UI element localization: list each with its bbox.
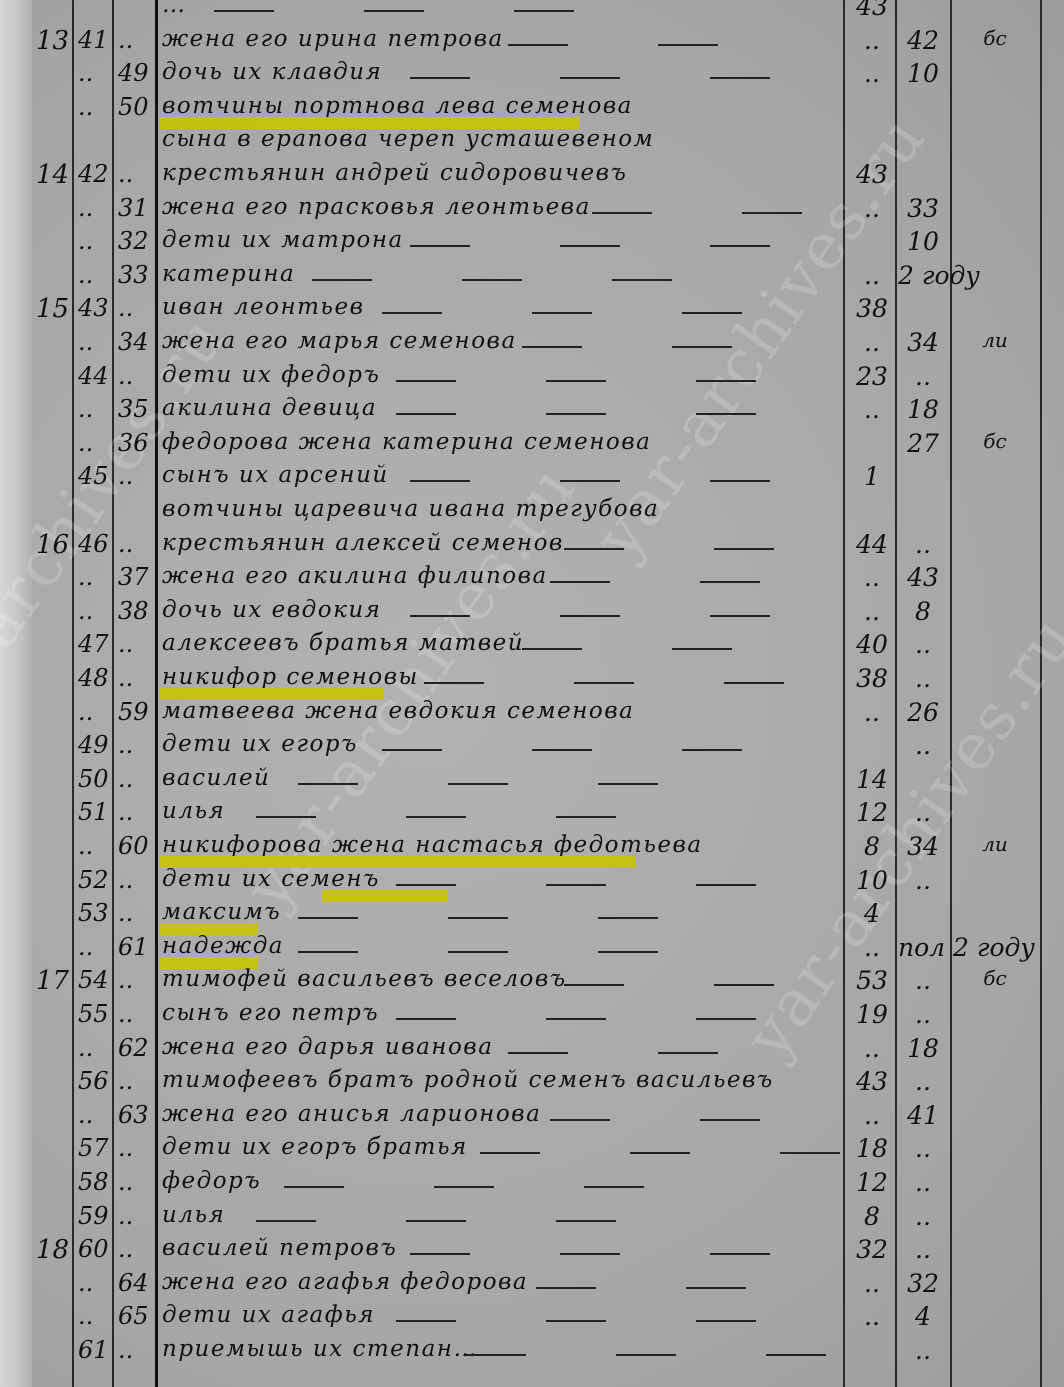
male-age: 32 [848,1235,896,1264]
filler-dash [410,245,470,247]
female-entry-number: 63 [118,1101,158,1129]
female-age: 42 [898,26,948,55]
household-number: 17 [36,966,76,996]
filler-dash [410,480,470,482]
male-entry-number: .. [78,59,122,87]
entry-text: жена его дарья иванова [162,1034,842,1060]
male-age: .. [848,563,896,592]
filler-dash [448,783,508,785]
female-entry-number: .. [118,664,158,692]
filler-dash [480,1152,540,1154]
female-entry-number: 64 [118,1269,158,1297]
census-row: 1860..василей петровъ32.. [0,1235,1064,1268]
male-entry-number: 49 [78,731,122,759]
male-entry-number: 44 [78,362,122,390]
filler-dash [710,615,770,617]
document-page: yar-archives.ru yar-archives.ru yar-arch… [0,0,1064,1387]
census-row: ..59матвеева жена евдокия семенова..26 [0,698,1064,731]
male-entry-number: 56 [78,1067,122,1095]
female-entry-number: 37 [118,563,158,591]
male-entry-number: .. [78,1034,122,1062]
male-age: 38 [848,294,896,323]
census-row: 1543..иван леонтьев38 [0,294,1064,327]
male-entry-number: 53 [78,899,122,927]
census-row: сына в ерапова череп усташевеном [0,126,1064,159]
filler-dash [546,884,606,886]
census-row: ..61надежда..пол 2 году [0,933,1064,966]
filler-dash [560,480,620,482]
entry-text: никифорова жена настасья федотьева [162,832,842,858]
entry-text: федоръ [162,1168,842,1194]
female-entry-number: 38 [118,597,158,625]
female-age: 10 [898,59,948,88]
entry-text: илья [162,1202,842,1228]
filler-dash [312,279,372,281]
entry-text: максимъ [162,899,842,925]
female-entry-number: .. [118,798,158,826]
female-entry-number: .. [118,1336,158,1364]
male-entry-number: 52 [78,866,122,894]
entry-text: тимофей васильевъ веселовъ [162,966,842,992]
census-row: 49..дети их егоръ.. [0,731,1064,764]
census-row: ..36федорова жена катерина семенова27бс [0,429,1064,462]
filler-dash [682,749,742,751]
filler-dash [696,380,756,382]
female-entry-number: .. [118,462,158,490]
entry-text: вотчины царевича ивана трегубова [162,496,842,522]
filler-dash [256,1220,316,1222]
male-age: 12 [848,1168,896,1197]
male-age: 4 [848,899,896,928]
female-age: 34 [898,328,948,357]
filler-dash [710,245,770,247]
census-row: 61..приемышь их степан….. [0,1336,1064,1369]
filler-dash [556,816,616,818]
entry-text: вотчины портнова лева семенова [162,93,842,119]
filler-dash [284,1186,344,1188]
census-row: ..50вотчины портнова лева семенова [0,93,1064,126]
filler-dash [532,749,592,751]
filler-dash [298,783,358,785]
male-entry-number: .. [78,832,122,860]
entry-text: никифор семеновы [162,664,842,690]
female-age: 4 [898,1302,948,1331]
male-age: 12 [848,798,896,827]
filler-dash [710,1253,770,1255]
female-age: 41 [898,1101,948,1130]
filler-dash [364,10,424,12]
filler-dash [536,1287,596,1289]
census-row: ..64жена его агафья федорова..32 [0,1269,1064,1302]
entry-text: иван леонтьев [162,294,842,320]
entry-text: федорова жена катерина семенова [162,429,842,455]
entry-text: … [162,0,842,18]
entry-text: жена его марья семенова [162,328,842,354]
filler-dash [424,682,484,684]
filler-dash [766,1354,826,1356]
census-row: 53..максимъ4 [0,899,1064,932]
filler-dash [564,984,624,986]
female-age: .. [898,530,948,559]
female-age: .. [898,1202,948,1231]
filler-dash [584,1186,644,1188]
female-age: 27 [898,429,948,458]
census-row: 56..тимофеевъ братъ родной семенъ василь… [0,1067,1064,1100]
entry-text: дочь их клавдия [162,59,842,85]
entry-text: алексеевъ братья матвей [162,630,842,656]
female-age: .. [898,1336,948,1365]
entry-note: ли [960,328,1030,352]
filler-dash [462,279,522,281]
male-entry-number: 61 [78,1336,122,1364]
male-entry-number: .. [78,1302,122,1330]
entry-text: василей петровъ [162,1235,842,1261]
female-entry-number: .. [118,1235,158,1263]
entry-text: василей [162,765,842,791]
female-age: .. [898,630,948,659]
female-entry-number: .. [118,731,158,759]
filler-dash [508,1052,568,1054]
entry-text: приемышь их степан… [162,1336,842,1362]
census-row: 44..дети их федоръ23.. [0,362,1064,395]
male-age: 1 [848,462,896,491]
filler-dash [410,77,470,79]
female-entry-number: 50 [118,93,158,121]
male-age: .. [848,1101,896,1130]
female-age: .. [898,362,948,391]
entry-text: сынъ их арсений [162,462,842,488]
household-number: 16 [36,530,76,560]
census-row: ..62жена его дарья иванова..18 [0,1034,1064,1067]
census-row: ..34жена его марья семенова..34ли [0,328,1064,361]
filler-dash [672,346,732,348]
male-entry-number: .. [78,698,122,726]
filler-dash [546,1018,606,1020]
filler-dash [630,1152,690,1154]
female-age: 43 [898,563,948,592]
female-age: .. [898,664,948,693]
filler-dash [574,682,634,684]
filler-dash [560,1253,620,1255]
entry-text: надежда [162,933,842,959]
male-age: .. [848,261,896,290]
filler-dash [410,615,470,617]
male-entry-number: 47 [78,630,122,658]
census-row: 1646..крестьянин алексей семенов44.. [0,530,1064,563]
filler-dash [724,682,784,684]
filler-dash [546,380,606,382]
female-entry-number: .. [118,530,158,558]
census-row: 52..дети их семенъ10.. [0,866,1064,899]
male-age: .. [848,328,896,357]
filler-dash [382,312,442,314]
entry-text: акилина девица [162,395,842,421]
filler-dash [508,44,568,46]
female-age: 18 [898,1034,948,1063]
female-entry-number: .. [118,294,158,322]
male-entry-number: .. [78,429,122,457]
filler-dash [658,1052,718,1054]
female-entry-number: .. [118,866,158,894]
female-entry-number: .. [118,966,158,994]
census-row: 1754..тимофей васильевъ веселовъ53..бс [0,966,1064,999]
filler-dash [522,648,582,650]
filler-dash [696,884,756,886]
census-row: 45..сынъ их арсений1 [0,462,1064,495]
male-entry-number: .. [78,1101,122,1129]
census-row: 1442..крестьянин андрей сидоровичевъ43 [0,160,1064,193]
census-row: ..31жена его прасковья леонтьева..33 [0,194,1064,227]
entry-note: бс [960,966,1030,990]
filler-dash [410,1253,470,1255]
female-age: .. [898,1235,948,1264]
male-entry-number: .. [78,563,122,591]
female-entry-number: 32 [118,227,158,255]
male-age: 38 [848,664,896,693]
filler-dash [406,1220,466,1222]
household-number: 14 [36,160,76,190]
filler-dash [396,1320,456,1322]
female-entry-number: .. [118,630,158,658]
filler-dash [616,1354,676,1356]
female-age: 18 [898,395,948,424]
male-age: .. [848,933,896,962]
filler-dash [564,548,624,550]
filler-dash [612,279,672,281]
male-entry-number: 55 [78,1000,122,1028]
filler-dash [700,581,760,583]
filler-dash [514,10,574,12]
entry-note: бс [960,429,1030,453]
male-age: 10 [848,866,896,895]
entry-text: дети их федоръ [162,362,842,388]
filler-dash [710,480,770,482]
filler-dash [256,816,316,818]
census-row: ..35акилина девица..18 [0,395,1064,428]
female-entry-number: .. [118,160,158,188]
filler-dash [560,77,620,79]
filler-dash [550,1119,610,1121]
male-entry-number: 54 [78,966,122,994]
female-age: .. [898,1134,948,1163]
female-entry-number: 36 [118,429,158,457]
entry-note: ли [960,832,1030,856]
entry-text: илья [162,798,842,824]
female-entry-number: 62 [118,1034,158,1062]
male-entry-number: 45 [78,462,122,490]
filler-dash [298,917,358,919]
filler-dash [214,10,274,12]
entry-text: дети их егоръ [162,731,842,757]
filler-dash [532,312,592,314]
filler-dash [382,749,442,751]
female-entry-number: 49 [118,59,158,87]
male-entry-number: 51 [78,798,122,826]
entry-text: дочь их евдокия [162,597,842,623]
female-entry-number: .. [118,1067,158,1095]
entry-text: тимофеевъ братъ родной семенъ васильевъ [162,1067,842,1093]
male-entry-number: .. [78,194,122,222]
filler-dash [598,917,658,919]
entry-text: сына в ерапова череп усташевеном [162,126,842,152]
male-age: 40 [848,630,896,659]
female-age: 2 году [898,261,948,290]
male-age: .. [848,1034,896,1063]
entry-text: дети их матрона [162,227,842,253]
male-entry-number: .. [78,93,122,121]
male-age: .. [848,26,896,55]
census-row: ..33катерина..2 году [0,261,1064,294]
female-age: 33 [898,194,948,223]
female-entry-number: 34 [118,328,158,356]
female-age: .. [898,731,948,760]
entry-text: дети их семенъ [162,866,842,892]
filler-dash [522,346,582,348]
entry-text: крестьянин алексей семенов [162,530,842,556]
filler-dash [546,1320,606,1322]
male-entry-number: .. [78,597,122,625]
filler-dash [598,783,658,785]
filler-dash [780,1152,840,1154]
filler-dash [742,212,802,214]
filler-dash [406,816,466,818]
female-age: 34 [898,832,948,861]
filler-dash [592,212,652,214]
entry-text: жена его анисья ларионова [162,1101,842,1127]
entry-note: бс [960,26,1030,50]
female-age: 26 [898,698,948,727]
census-row: …43 [0,0,1064,25]
entry-text: дети их егоръ братья [162,1134,842,1160]
entry-text: жена его ирина петрова [162,26,842,52]
female-entry-number: .. [118,1000,158,1028]
filler-dash [710,77,770,79]
male-entry-number: .. [78,1269,122,1297]
female-age: пол 2 году [898,933,948,962]
male-age: .. [848,395,896,424]
filler-dash [396,380,456,382]
male-entry-number: 46 [78,530,122,558]
male-age: .. [848,698,896,727]
entry-text: крестьянин андрей сидоровичевъ [162,160,842,186]
male-age: 53 [848,966,896,995]
female-entry-number: .. [118,1134,158,1162]
female-entry-number: 33 [118,261,158,289]
female-entry-number: .. [118,899,158,927]
female-age: 32 [898,1269,948,1298]
male-entry-number: 43 [78,294,122,322]
census-row: 57..дети их егоръ братья18.. [0,1134,1064,1167]
male-age: 43 [848,1067,896,1096]
male-age: .. [848,194,896,223]
census-row: вотчины царевича ивана трегубова [0,496,1064,529]
filler-dash [560,615,620,617]
filler-dash [696,1320,756,1322]
household-number: 13 [36,26,76,56]
entry-text: катерина [162,261,842,287]
female-entry-number: .. [118,362,158,390]
male-age: .. [848,1269,896,1298]
entry-text: жена его акилина филипова [162,563,842,589]
filler-dash [396,1018,456,1020]
filler-dash [556,1220,616,1222]
female-entry-number: 31 [118,194,158,222]
filler-dash [560,245,620,247]
census-row: 51..илья12.. [0,798,1064,831]
male-age: 8 [848,1202,896,1231]
male-entry-number: 60 [78,1235,122,1263]
filler-dash [434,1186,494,1188]
filler-dash [550,581,610,583]
female-age: .. [898,1067,948,1096]
male-age: .. [848,59,896,88]
household-number: 18 [36,1235,76,1265]
male-age: .. [848,597,896,626]
census-row: ..63жена его анисья ларионова..41 [0,1101,1064,1134]
female-entry-number: 59 [118,698,158,726]
filler-dash [298,951,358,953]
filler-dash [696,1018,756,1020]
male-age: 44 [848,530,896,559]
census-row: 50..василей14 [0,765,1064,798]
female-age: .. [898,1000,948,1029]
filler-dash [466,1354,526,1356]
male-age: 14 [848,765,896,794]
female-entry-number: .. [118,26,158,54]
female-age: .. [898,798,948,827]
female-entry-number: .. [118,1168,158,1196]
entry-text: жена его агафья федорова [162,1269,842,1295]
census-row: ..49дочь их клавдия..10 [0,59,1064,92]
census-row: ..32дети их матрона10 [0,227,1064,260]
female-age: .. [898,966,948,995]
entry-text: жена его прасковья леонтьева [162,194,842,220]
filler-dash [696,413,756,415]
filler-dash [714,548,774,550]
filler-dash [682,312,742,314]
filler-dash [546,413,606,415]
female-entry-number: 65 [118,1302,158,1330]
male-age: 8 [848,832,896,861]
female-age: .. [898,1168,948,1197]
filler-dash [714,984,774,986]
filler-dash [396,884,456,886]
filler-dash [700,1119,760,1121]
male-age: 18 [848,1134,896,1163]
male-age: 19 [848,1000,896,1029]
filler-dash [686,1287,746,1289]
male-entry-number: .. [78,261,122,289]
census-row: 47..алексеевъ братья матвей40.. [0,630,1064,663]
filler-dash [598,951,658,953]
male-entry-number: 48 [78,664,122,692]
census-row: ..65дети их агафья..4 [0,1302,1064,1335]
male-entry-number: .. [78,395,122,423]
filler-dash [448,951,508,953]
male-entry-number: 50 [78,765,122,793]
female-entry-number: 61 [118,933,158,961]
female-age: .. [898,866,948,895]
filler-dash [672,648,732,650]
male-entry-number: .. [78,227,122,255]
female-age: 8 [898,597,948,626]
male-entry-number: 42 [78,160,122,188]
female-entry-number: 35 [118,395,158,423]
male-entry-number: .. [78,933,122,961]
census-row: 1341..жена его ирина петрова..42бс [0,26,1064,59]
entry-text: сынъ его петръ [162,1000,842,1026]
male-age: .. [848,1302,896,1331]
